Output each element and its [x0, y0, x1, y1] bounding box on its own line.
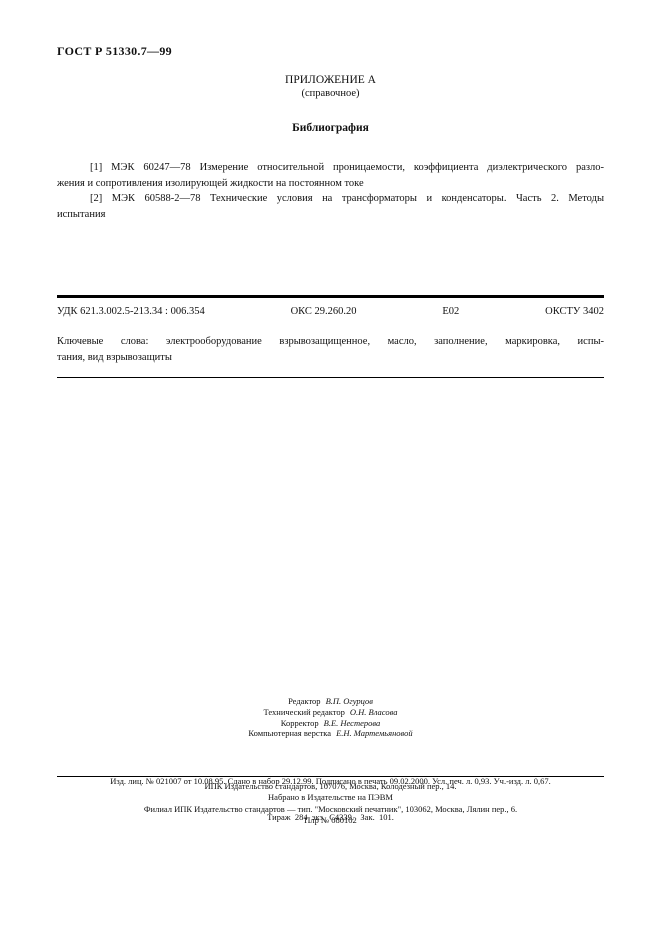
staff-role: Технический редактор — [264, 707, 345, 717]
colophon-staff: РедакторВ.П. Огурцов Технический редакто… — [57, 696, 604, 739]
bibliography-entry-text: испытания — [57, 207, 604, 223]
udk-code: УДК 621.3.002.5-213.34 : 006.354 — [57, 306, 205, 317]
appendix-subtitle: (справочное) — [57, 88, 604, 99]
staff-line: РедакторВ.П. Огурцов — [57, 696, 604, 707]
staff-line: КорректорВ.Е. Нестерова — [57, 718, 604, 729]
horizontal-rule-imprint — [57, 776, 604, 777]
staff-role: Корректор — [281, 718, 319, 728]
horizontal-rule-top — [57, 295, 604, 298]
appendix-title: ПРИЛОЖЕНИЕ А — [57, 74, 604, 86]
group-code: Е02 — [442, 306, 459, 317]
staff-line: Технический редакторО.Н. Власова — [57, 707, 604, 718]
bibliography-entry: [2] МЭК 60588-2—78 Технические условия н… — [57, 191, 604, 222]
publisher-line: Набрано в Издательстве на ПЭВМ — [40, 792, 621, 803]
staff-role: Компьютерная верстка — [248, 728, 331, 738]
document-page: ГОСТ Р 51330.7—99 ПРИЛОЖЕНИЕ А (справочн… — [0, 0, 661, 936]
staff-name: Е.Н. Мартемьяновой — [336, 728, 413, 738]
publisher-line: Филиал ИПК Издательство стандартов — тип… — [40, 804, 621, 815]
bibliography-entry-text: [2] МЭК 60588-2—78 Технические условия н… — [57, 191, 604, 207]
oks-code: ОКС 29.260.20 — [291, 306, 357, 317]
publisher-line: ИПК Издательство стандартов, 107076, Мос… — [40, 781, 621, 792]
publisher-block: ИПК Издательство стандартов, 107076, Мос… — [40, 781, 621, 826]
doc-number: ГОСТ Р 51330.7—99 — [57, 44, 172, 59]
bibliography-heading: Библиография — [57, 122, 604, 134]
keywords-paragraph: Ключевые слова: электрооборудование взры… — [57, 334, 604, 365]
staff-role: Редактор — [288, 696, 321, 706]
bibliography-list: [1] МЭК 60247—78 Измерение относительной… — [57, 160, 604, 222]
bibliography-entry-text: [1] МЭК 60247—78 Измерение относительной… — [57, 160, 604, 176]
bibliography-entry: [1] МЭК 60247—78 Измерение относительной… — [57, 160, 604, 191]
bibliography-entry-text: жения и сопротивления изолирующей жидкос… — [57, 176, 604, 192]
horizontal-rule-keywords — [57, 377, 604, 378]
staff-name: В.П. Огурцов — [326, 696, 373, 706]
keywords-text: тания, вид взрывозащиты — [57, 350, 604, 366]
keywords-text: Ключевые слова: электрооборудование взры… — [57, 334, 604, 350]
classification-row: УДК 621.3.002.5-213.34 : 006.354 ОКС 29.… — [57, 306, 604, 317]
okstu-code: ОКСТУ 3402 — [545, 306, 604, 317]
staff-line: Компьютерная версткаЕ.Н. Мартемьяновой — [57, 728, 604, 739]
staff-name: В.Е. Нестерова — [324, 718, 381, 728]
staff-name: О.Н. Власова — [350, 707, 398, 717]
publisher-line: Плр № 080102 — [40, 815, 621, 826]
